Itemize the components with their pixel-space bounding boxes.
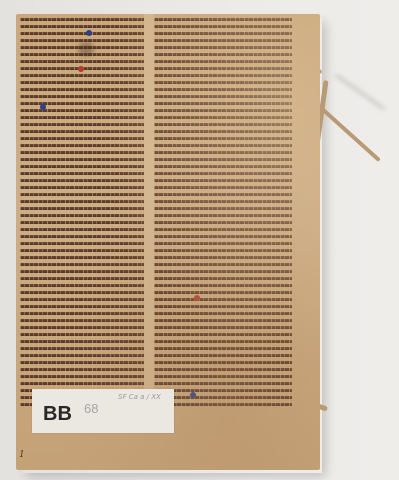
pencil-note: SF Ca a / XX [118,393,161,401]
text-column-left [20,16,144,406]
text-column-right [154,16,292,406]
rubric-initial-red [78,66,84,72]
shelfmark-text: BB [43,403,72,426]
shelfmark-label: BB 68 SF Ca a / XX [32,389,174,433]
shelfmark-number: 68 [84,401,98,416]
rubric-initial-red [194,295,200,301]
folio-mark: 1 [19,450,25,460]
rubric-initial-blue [40,104,46,110]
ink-stain [78,42,94,56]
rubric-initial-blue [86,30,92,36]
rubric-initial-blue [190,392,196,398]
column-gutter [144,14,154,406]
